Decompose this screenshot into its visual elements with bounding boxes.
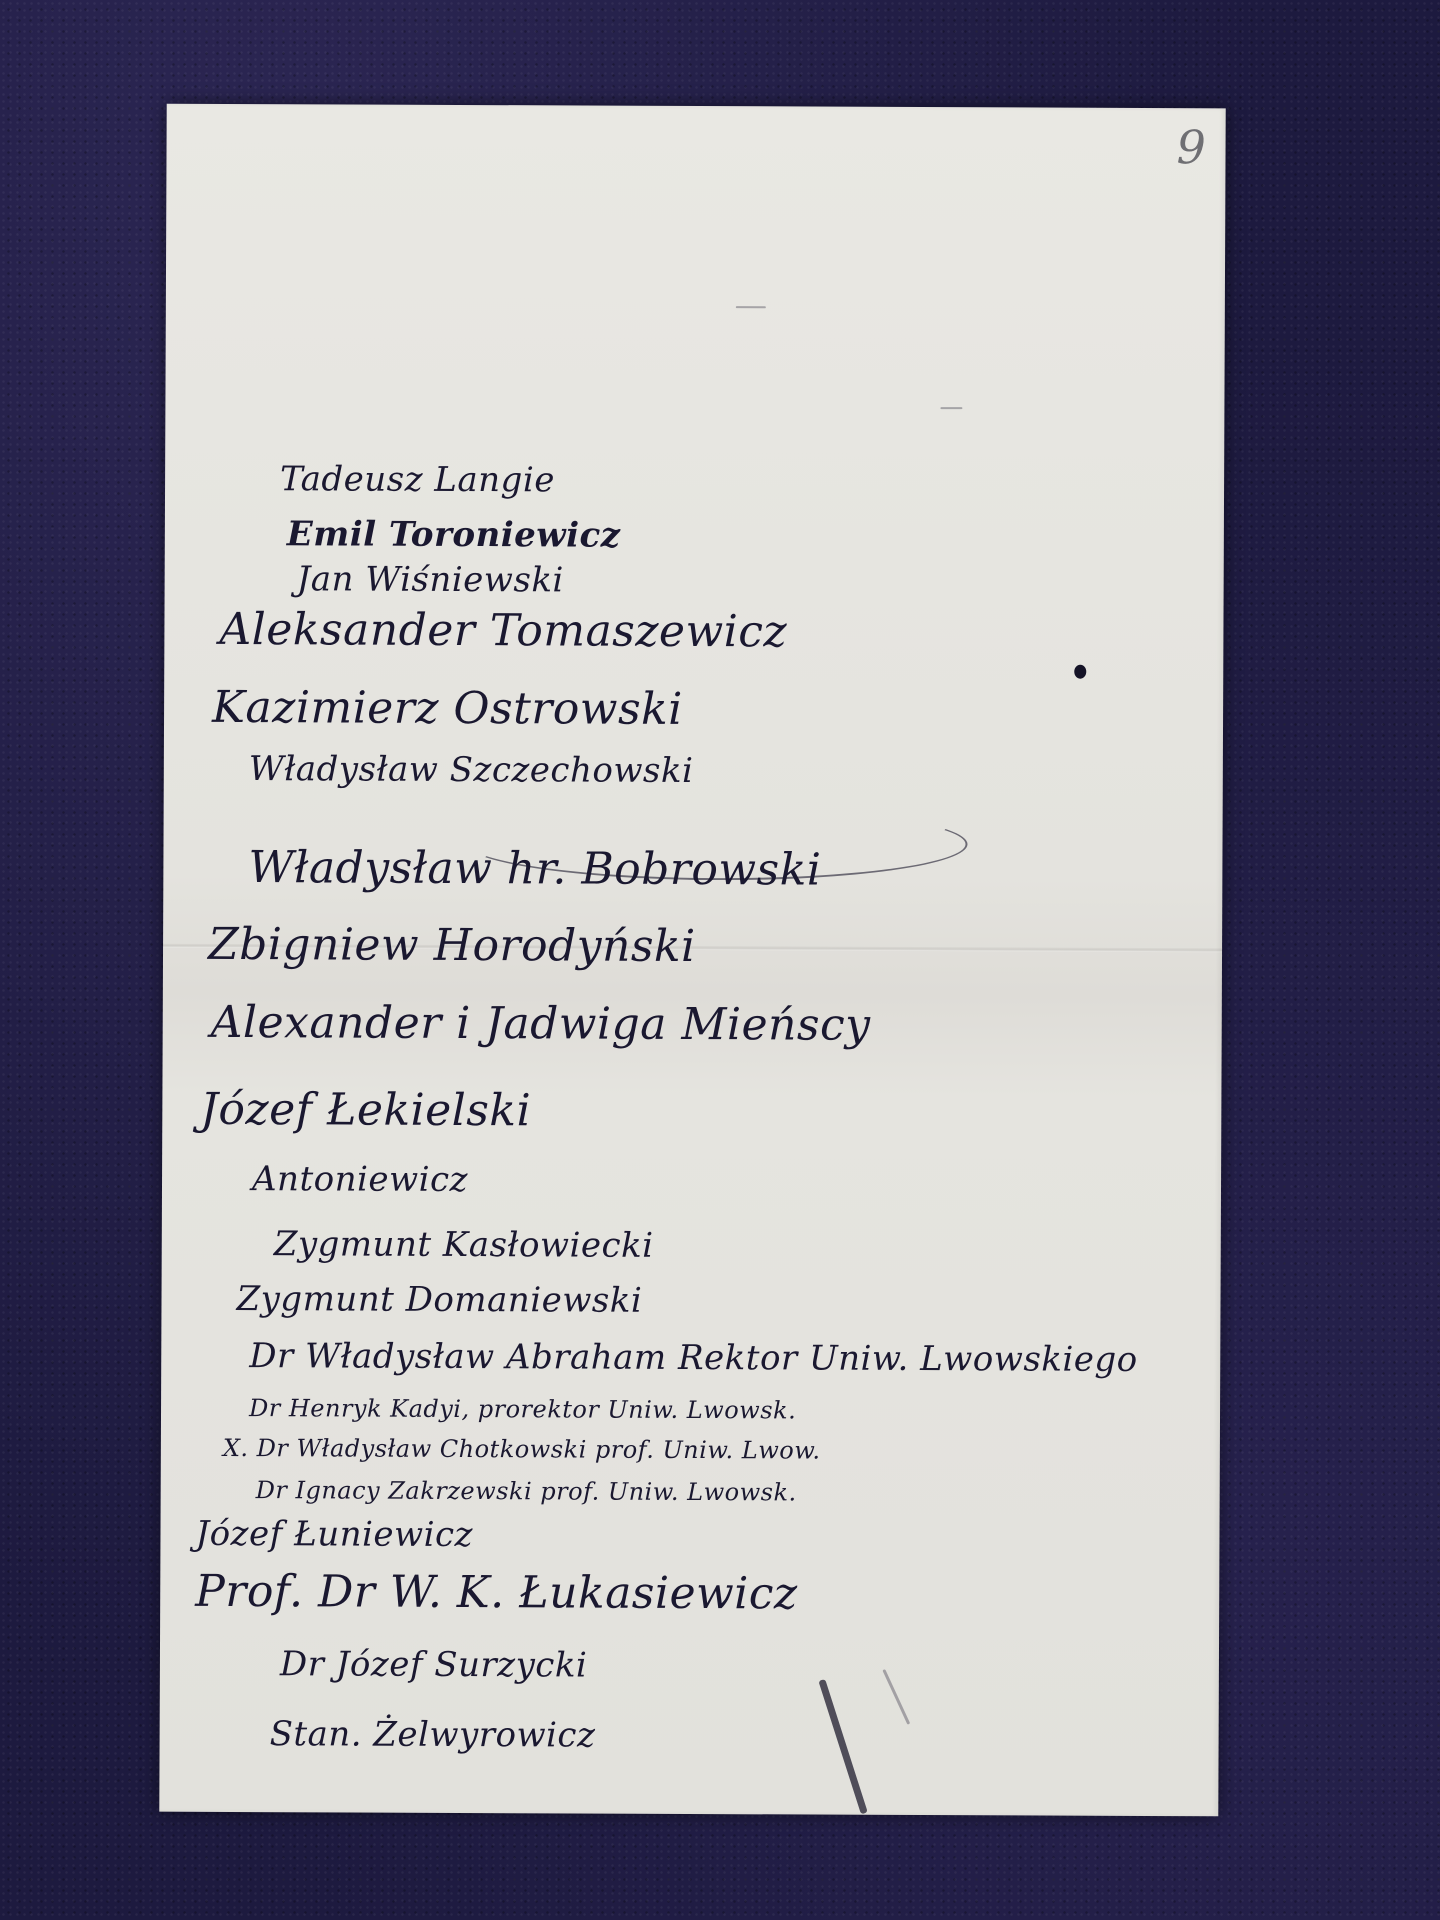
signature-sheet: 9 Tadeusz Langie Emil Toroniewicz Jan Wi… <box>159 104 1225 1817</box>
signature-wisniewski: Jan Wiśniewski <box>297 559 564 600</box>
signature-lekielski: Józef Łekielski <box>200 1084 531 1136</box>
ink-spot <box>1074 665 1086 679</box>
signature-horodynski: Zbigniew Horodyński <box>208 919 696 972</box>
signature-ostrowski: Kazimierz Ostrowski <box>212 682 683 735</box>
signature-chotkowski: X. Dr Władysław Chotkowski prof. Uniw. L… <box>223 1434 821 1465</box>
signature-toroniewicz: Emil Toroniewicz <box>287 514 621 555</box>
signature-zakrzewski: Dr Ignacy Zakrzewski prof. Uniw. Lwowsk. <box>256 1476 797 1506</box>
signature-bobrowski: Władysław hr. Bobrowski <box>248 842 821 895</box>
ink-smear <box>818 1679 867 1814</box>
signature-szczechowski: Władysław Szczechowski <box>249 749 694 791</box>
signature-mienscy: Alexander i Jadwiga Mieńscy <box>211 997 871 1051</box>
signature-luniewicz: Józef Łuniewicz <box>195 1514 473 1555</box>
pencil-mark <box>736 306 766 308</box>
signature-kaslowiecki: Zygmunt Kasłowiecki <box>274 1224 654 1266</box>
pencil-mark <box>940 407 962 409</box>
signature-lukasiewicz: Prof. Dr W. K. Łukasiewicz <box>195 1566 798 1620</box>
signature-abraham: Dr Władysław Abraham Rektor Uniw. Lwowsk… <box>249 1336 1138 1380</box>
page-number: 9 <box>1176 120 1206 174</box>
signature-langie: Tadeusz Langie <box>280 459 555 500</box>
signature-antoniewicz: Antoniewicz <box>252 1159 468 1200</box>
signature-domaniewski: Zygmunt Domaniewski <box>236 1279 642 1321</box>
signature-tomaszewicz: Aleksander Tomaszewicz <box>219 604 787 657</box>
ink-smear-faint <box>882 1669 910 1725</box>
signature-zelwyrowicz: Stan. Żelwyrowicz <box>270 1714 596 1755</box>
signature-surzycki: Dr Józef Surzycki <box>280 1644 588 1685</box>
signature-kadyi: Dr Henryk Kadyi, prorektor Uniw. Lwowsk. <box>249 1394 796 1424</box>
